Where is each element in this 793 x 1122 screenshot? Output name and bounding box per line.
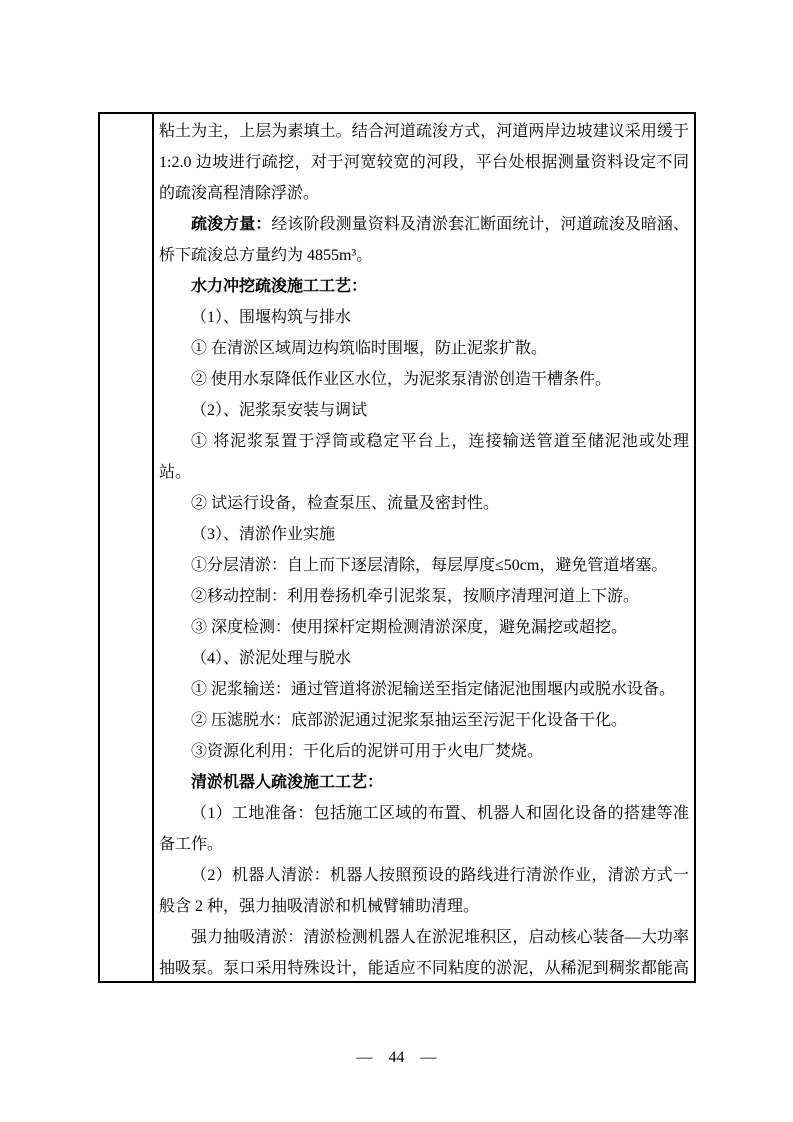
page-number: 44 xyxy=(389,1049,405,1067)
paragraph: 水力冲挖疏浚施工工艺： xyxy=(159,271,689,302)
paragraph-text: （4）、淤泥处理与脱水 xyxy=(191,650,351,667)
paragraph-text: ①分层清淤：自上而下逐层清除，每层厚度≤50cm，避免管道堵塞。 xyxy=(191,557,667,574)
paragraph: 清淤机器人疏浚施工工艺： xyxy=(159,767,689,798)
content-table: 粘土为主，上层为素填土。结合河道疏浚方式，河道两岸边坡建议采用缓于1:2.0 边… xyxy=(98,112,696,983)
paragraph: ① 在清淤区域周边构筑临时围堰，防止泥浆扩散。 xyxy=(159,333,689,364)
paragraph-text: （2）机器人清淤：机器人按照预设的路线进行清淤作业，清淤方式一般含 2 种，强力… xyxy=(159,867,689,915)
footer-dash-right: — xyxy=(421,1049,437,1067)
paragraph: 强力抽吸清淤：清淤检测机器人在淤泥堆积区，启动核心装备—大功率抽吸泵。泵口采用特… xyxy=(159,922,689,981)
table-label-cell xyxy=(100,114,154,981)
paragraph: 粘土为主，上层为素填土。结合河道疏浚方式，河道两岸边坡建议采用缓于1:2.0 边… xyxy=(159,116,689,209)
paragraph-text: （3）、清淤作业实施 xyxy=(191,526,335,543)
paragraph-text: ② 使用水泵降低作业区水位，为泥浆泵清淤创造干槽条件。 xyxy=(191,371,611,388)
paragraph-text: ③ 深度检测：使用探杆定期检测清淤深度，避免漏挖或超挖。 xyxy=(191,619,627,636)
paragraph: ② 使用水泵降低作业区水位，为泥浆泵清淤创造干槽条件。 xyxy=(159,364,689,395)
paragraph-lead-bold: 清淤机器人疏浚施工工艺： xyxy=(191,774,383,791)
document-page: 粘土为主，上层为素填土。结合河道疏浚方式，河道两岸边坡建议采用缓于1:2.0 边… xyxy=(0,0,793,1122)
paragraph: （3）、清淤作业实施 xyxy=(159,519,689,550)
paragraph: （1）、围堰构筑与排水 xyxy=(159,302,689,333)
paragraph-text: （1）、围堰构筑与排水 xyxy=(191,309,351,326)
paragraph-text: 强力抽吸清淤：清淤检测机器人在淤泥堆积区，启动核心装备—大功率抽吸泵。泵口采用特… xyxy=(159,929,689,981)
paragraph: （2）、泥浆泵安装与调试 xyxy=(159,395,689,426)
paragraph-text: ②移动控制：利用卷扬机牵引泥浆泵，按顺序清理河道上下游。 xyxy=(191,588,639,605)
paragraph: （4）、淤泥处理与脱水 xyxy=(159,643,689,674)
paragraph: ① 泥浆输送：通过管道将淤泥输送至指定储泥池围堰内或脱水设备。 xyxy=(159,674,689,705)
paragraph: ① 将泥浆泵置于浮筒或稳定平台上，连接输送管道至储泥池或处理站。 xyxy=(159,426,689,488)
paragraph: ② 试运行设备，检查泵压、流量及密封性。 xyxy=(159,488,689,519)
paragraph: ②移动控制：利用卷扬机牵引泥浆泵，按顺序清理河道上下游。 xyxy=(159,581,689,612)
paragraph-lead-bold: 疏浚方量： xyxy=(191,216,271,233)
paragraph-text: ① 在清淤区域周边构筑临时围堰，防止泥浆扩散。 xyxy=(191,340,547,357)
paragraph: ③ 深度检测：使用探杆定期检测清淤深度，避免漏挖或超挖。 xyxy=(159,612,689,643)
footer-dash-left: — xyxy=(357,1049,373,1067)
paragraph-text: ② 压滤脱水：底部淤泥通过泥浆泵抽运至污泥干化设备干化。 xyxy=(191,712,627,729)
page-footer: — 44 — xyxy=(0,1049,793,1067)
paragraph-text: （2）、泥浆泵安装与调试 xyxy=(191,402,367,419)
paragraph: ①分层清淤：自上而下逐层清除，每层厚度≤50cm，避免管道堵塞。 xyxy=(159,550,689,581)
paragraph-text: 粘土为主，上层为素填土。结合河道疏浚方式，河道两岸边坡建议采用缓于1:2.0 边… xyxy=(159,123,689,202)
paragraph-text: ① 将泥浆泵置于浮筒或稳定平台上，连接输送管道至储泥池或处理站。 xyxy=(159,433,689,481)
paragraph: ③资源化利用：干化后的泥饼可用于火电厂焚烧。 xyxy=(159,736,689,767)
paragraph: （1）工地准备：包括施工区域的布置、机器人和固化设备的搭建等准备工作。 xyxy=(159,798,689,860)
table-content-cell: 粘土为主，上层为素填土。结合河道疏浚方式，河道两岸边坡建议采用缓于1:2.0 边… xyxy=(154,114,694,981)
paragraph: ② 压滤脱水：底部淤泥通过泥浆泵抽运至污泥干化设备干化。 xyxy=(159,705,689,736)
paragraph-text: ② 试运行设备，检查泵压、流量及密封性。 xyxy=(191,495,499,512)
paragraph-text: ③资源化利用：干化后的泥饼可用于火电厂焚烧。 xyxy=(191,743,543,760)
paragraph-text: ① 泥浆输送：通过管道将淤泥输送至指定储泥池围堰内或脱水设备。 xyxy=(191,681,675,698)
paragraph-lead-bold: 水力冲挖疏浚施工工艺： xyxy=(191,278,367,295)
paragraph-text: （1）工地准备：包括施工区域的布置、机器人和固化设备的搭建等准备工作。 xyxy=(159,805,689,853)
paragraph: （2）机器人清淤：机器人按照预设的路线进行清淤作业，清淤方式一般含 2 种，强力… xyxy=(159,860,689,922)
paragraph: 疏浚方量：经该阶段测量资料及清淤套汇断面统计，河道疏浚及暗涵、桥下疏浚总方量约为… xyxy=(159,209,689,271)
